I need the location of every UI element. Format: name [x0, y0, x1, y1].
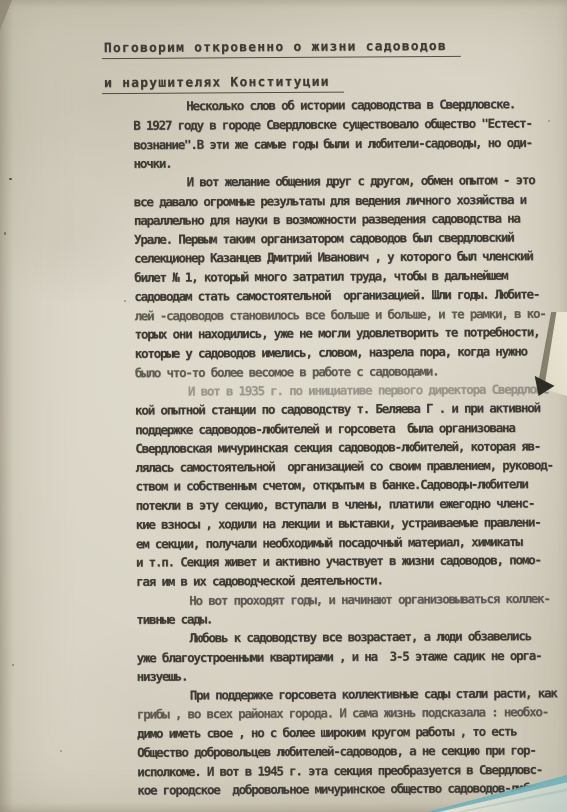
text-line: садоводам стать самостоятельной организа…	[134, 284, 564, 306]
scanned-page: Поговорим откровенно о жизни садоводов и…	[0, 0, 567, 812]
text-line: селекционер Казанцев Дмитрий Иванович , …	[134, 246, 564, 268]
text-line: торых они находились, уже не могли удовл…	[135, 322, 565, 344]
text-line: гая им в их садоводческой деятельности.	[136, 569, 566, 591]
text-line: Несколько слов об истории садоводства в …	[133, 94, 563, 116]
text-line: димо иметь свое , но с более широким кру…	[137, 721, 567, 743]
text-line: поддержке садоводов-любителей и горсовет…	[135, 418, 565, 440]
text-line: билет № 1, который много затратил труда,…	[134, 265, 564, 287]
text-line: уже благоустроенными квартирами , и на 3…	[136, 646, 566, 668]
text-line: все давало огромные результаты для веден…	[134, 190, 564, 212]
text-line: Любовь к садоводству все возрастает, а л…	[136, 626, 566, 648]
title-line: Поговорим откровенно о жизни садоводов	[102, 39, 461, 59]
text-line: низуешь.	[137, 664, 567, 686]
text-line: и т.п. Секция живет и активно участвует …	[136, 550, 566, 572]
text-line: которые у садоводов имелись, словом, наз…	[135, 341, 565, 363]
text-line: кое городское добровольное мичуринское о…	[137, 778, 567, 800]
text-line: В 1927 году в городе Свердловске существ…	[133, 113, 563, 135]
text-line: Свердловская мичуринская секция садоводо…	[135, 436, 565, 458]
title-line: и нарушителях Конституции	[102, 75, 344, 94]
text-line: грибы , во всех районах города. И сама ж…	[137, 702, 567, 724]
text-line: вознание".В эти же самые годы были и люб…	[133, 133, 563, 155]
text-line: кой опытной станции по садоводству т. Бе…	[135, 398, 565, 420]
text-line: кие взносы , ходили на лекции и выставки…	[136, 512, 566, 534]
text-line: потекли в эту секцию, вступали в члены, …	[136, 493, 566, 515]
text-line: И вот желание общения друг с другом, обм…	[134, 170, 564, 192]
document-body: Несколько слов об истории садоводства в …	[133, 94, 567, 800]
text-line: параллельно для науки в возможности разв…	[134, 208, 564, 230]
document-content: Поговорим откровенно о жизни садоводов и…	[0, 0, 567, 812]
text-line: Но вот проходят годы, и начинают организ…	[136, 589, 566, 611]
text-line: Общество добровольцев любителей-садоводо…	[137, 740, 567, 762]
text-line: ством и собственным счетом, открытым в б…	[135, 474, 565, 496]
